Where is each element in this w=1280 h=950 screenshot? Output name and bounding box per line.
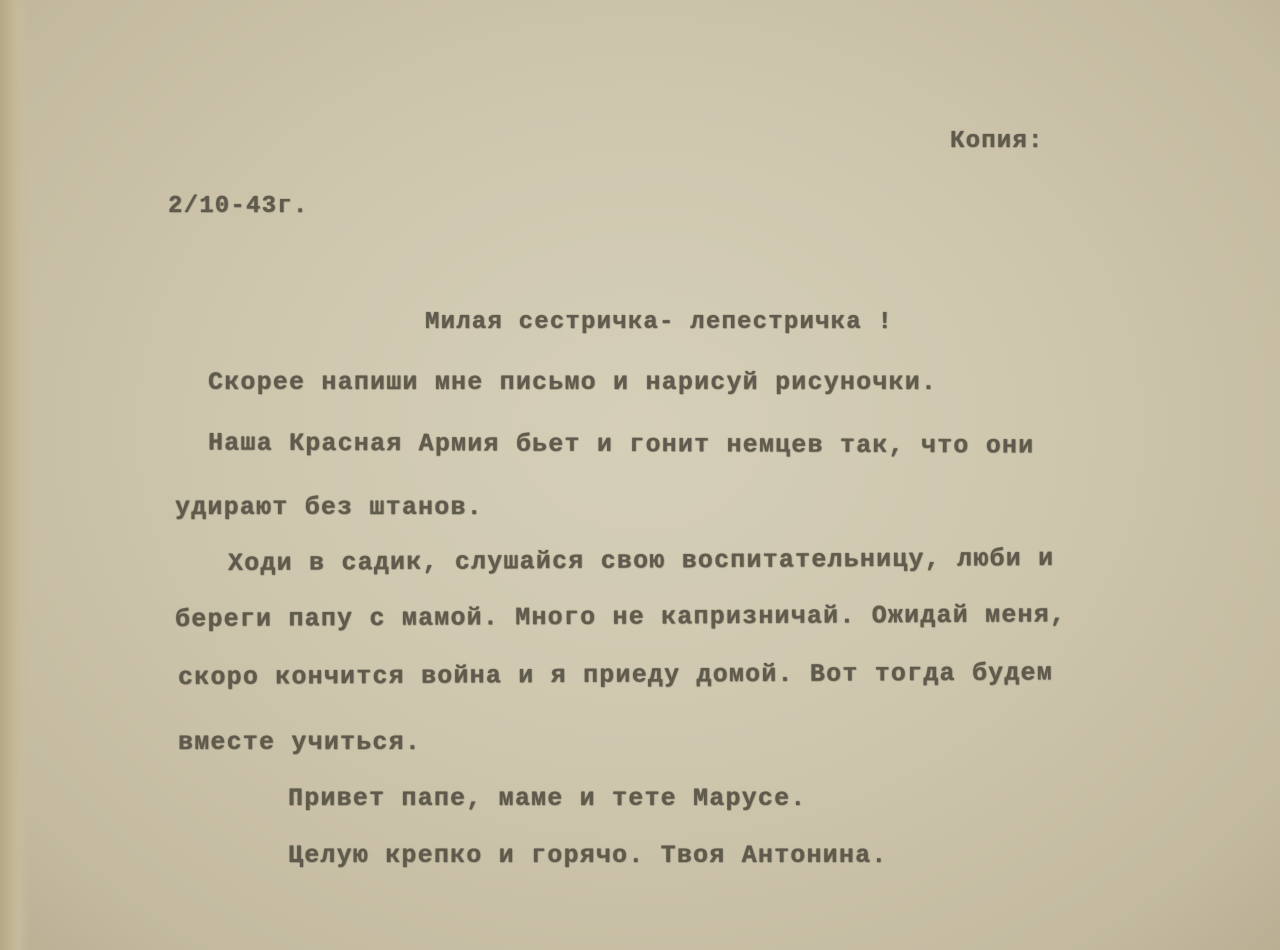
letter-greeting: Привет папе, маме и тете Марусе.	[288, 786, 806, 811]
body-line: береги папу с мамой. Много не капризнича…	[175, 602, 1066, 632]
letter-date: 2/10-43г.	[168, 195, 308, 219]
body-line: вместе учиться.	[178, 730, 421, 755]
body-line: Ходи в садик, слушайся свою воспитательн…	[228, 546, 1054, 576]
letter-salutation: Милая сестричка- лепестричка !	[425, 311, 893, 335]
copy-label: Копия:	[950, 130, 1044, 154]
body-line: Скорее напиши мне письмо и нарисуй рисун…	[208, 370, 937, 395]
body-line: удирают без штанов.	[175, 495, 483, 520]
body-line: скоро кончится война и я приеду домой. В…	[178, 660, 1053, 690]
body-line: Наша Красная Армия бьет и гонит немцев т…	[208, 431, 1034, 459]
letter-closing-signature: Целую крепко и горячо. Твоя Антонина.	[288, 843, 888, 868]
letter-page: Копия: 2/10-43г. Милая сестричка- лепест…	[0, 0, 1280, 950]
